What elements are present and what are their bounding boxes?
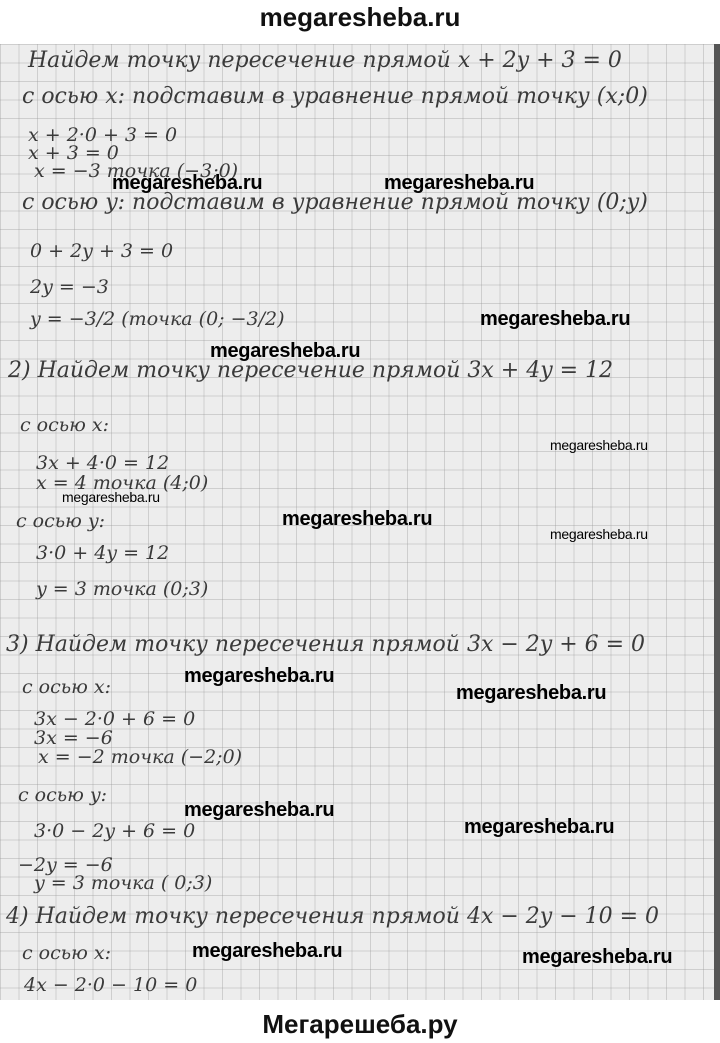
watermark: megaresheba.ru xyxy=(210,340,360,363)
watermark: megaresheba.ru xyxy=(112,172,262,195)
watermark: megaresheba.ru xyxy=(456,682,606,705)
equation-line: 3x + 4·0 = 12 xyxy=(36,452,169,474)
equation-line: 3·0 + 4y = 12 xyxy=(36,542,169,564)
watermark: megaresheba.ru xyxy=(522,946,672,969)
equation-line: 2y = −3 xyxy=(30,276,109,298)
step-y-axis: с осью y: xyxy=(16,510,105,532)
equation-line: 3·0 − 2y + 6 = 0 xyxy=(34,820,195,842)
equation-line: y = −3/2 (точка (0; −3/2) xyxy=(30,308,285,330)
problem-4-title: 4) Найдем точку пересечения прямой 4x − … xyxy=(6,904,659,929)
step-x-axis: с осью x: xyxy=(20,414,109,436)
equation-line: 0 + 2y + 3 = 0 xyxy=(30,240,173,262)
watermark: megaresheba.ru xyxy=(282,508,432,531)
watermark: megaresheba.ru xyxy=(464,816,614,839)
step-x-axis-intro: с осью x: подставим в уравнение прямой т… xyxy=(22,84,648,109)
problem-3-title: 3) Найдем точку пересечения прямой 3x − … xyxy=(6,632,645,657)
equation-line: 4x − 2·0 − 10 = 0 xyxy=(24,974,197,996)
watermark: megaresheba.ru xyxy=(62,489,160,505)
site-footer: Мегарешеба.ру xyxy=(0,1000,720,1043)
problem-1-title: Найдем точку пересечение прямой x + 2y +… xyxy=(28,48,622,73)
notebook-page: Найдем точку пересечение прямой x + 2y +… xyxy=(0,44,720,1000)
watermark: megaresheba.ru xyxy=(192,940,342,963)
watermark: megaresheba.ru xyxy=(184,665,334,688)
watermark: megaresheba.ru xyxy=(184,799,334,822)
equation-line: x = −2 точка (−2;0) xyxy=(38,746,242,768)
step-y-axis: с осью y: xyxy=(18,784,107,806)
equation-line: y = 3 точка ( 0;3) xyxy=(34,872,212,894)
site-header: megaresheba.ru xyxy=(0,0,720,44)
equation-line: y = 3 точка (0;3) xyxy=(36,578,208,600)
step-x-axis: с осью x: xyxy=(22,942,111,964)
step-x-axis: с осью x: xyxy=(22,676,111,698)
watermark: megaresheba.ru xyxy=(384,172,534,195)
watermark: megaresheba.ru xyxy=(480,308,630,331)
watermark: megaresheba.ru xyxy=(550,437,648,453)
watermark: megaresheba.ru xyxy=(550,526,648,542)
